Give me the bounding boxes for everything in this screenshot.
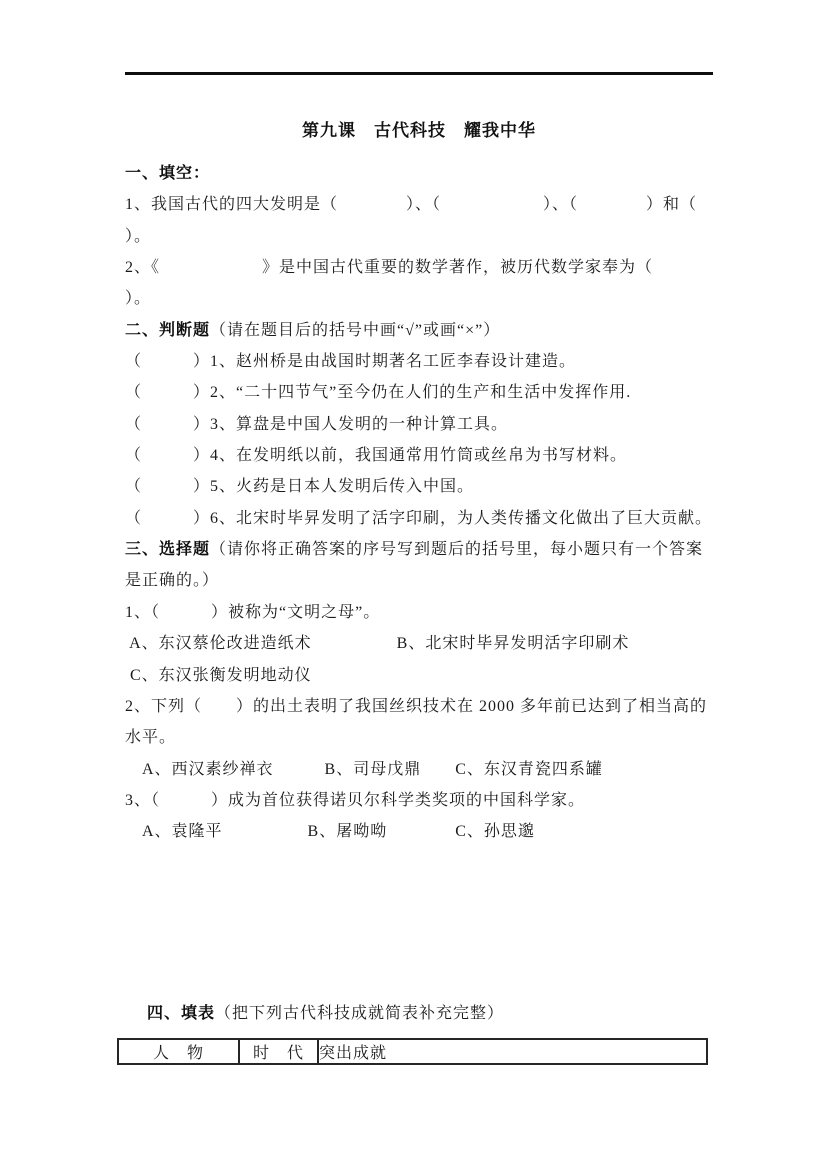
tf-item-1: （ ）1、赵州桥是由战国时期著名工匠李春设计建造。 — [125, 346, 713, 377]
section2-note: （请在题目后的括号中画“√”或画“×”） — [210, 322, 500, 339]
table-header-person: 人 物 — [118, 1039, 239, 1064]
fill-blank-q2-line2: ）。 — [125, 283, 713, 314]
mc-q3-stem: 3、（ ）成为首位获得诺贝尔科学类奖项的中国科学家。 — [125, 785, 713, 816]
section1-heading: 一、填空： — [125, 158, 713, 189]
mc-q2-stem-line1: 2、下列（ ）的出土表明了我国丝织技术在 2000 多年前已达到了相当高的 — [125, 691, 713, 722]
mc-q1-options-line1: A、东汉蔡伦改进造纸术 B、北宋时毕昇发明活字印刷术 — [125, 628, 713, 659]
section4-heading-line: 四、填表（把下列古代科技成就简表补充完整） — [125, 998, 713, 1029]
section2-heading: 二、判断题 — [125, 322, 210, 339]
mc-q2-stem-line2: 水平。 — [125, 722, 713, 753]
tf-item-5: （ ）5、火药是日本人发明后传入中国。 — [125, 471, 713, 502]
achievements-table: 人 物 时 代 突出成就 — [117, 1038, 708, 1065]
table-header-row: 人 物 时 代 突出成就 — [118, 1039, 707, 1064]
section4-note: （把下列古代科技成就简表补充完整） — [215, 1005, 504, 1022]
section3-note-line2: 是正确的。） — [125, 565, 713, 596]
mc-q1-options-line2: C、东汉张衡发明地动仪 — [125, 660, 713, 691]
fill-blank-q1-line2: ）。 — [125, 221, 713, 252]
section3-heading: 三、选择题 — [125, 541, 210, 558]
table-header-era: 时 代 — [239, 1039, 318, 1064]
fill-blank-q1-line1: 1、我国古代的四大发明是（ ）、（ ）、（ ）和（ — [125, 189, 713, 220]
document-title: 第九课 古代科技 耀我中华 — [125, 121, 713, 141]
tf-item-2: （ ）2、“二十四节气”至今仍在人们的生产和生活中发挥作用. — [125, 377, 713, 408]
section2-heading-line: 二、判断题（请在题目后的括号中画“√”或画“×”） — [125, 315, 713, 346]
document-body: 第九课 古代科技 耀我中华 一、填空： 1、我国古代的四大发明是（ ）、（ ）、… — [125, 113, 713, 1065]
worksheet-page: 第九课 古代科技 耀我中华 一、填空： 1、我国古代的四大发明是（ ）、（ ）、… — [0, 0, 826, 1169]
tf-item-4: （ ）4、在发明纸以前，我国通常用竹筒或丝帛为书写材料。 — [125, 440, 713, 471]
table-header-achievement: 突出成就 — [318, 1039, 707, 1064]
tf-item-3: （ ）3、算盘是中国人发明的一种计算工具。 — [125, 409, 713, 440]
header-rule — [125, 72, 713, 75]
mc-q1-stem: 1、（ ）被称为“文明之母”。 — [125, 597, 713, 628]
section3-note-line1: （请你将正确答案的序号写到题后的括号里，每小题只有一个答案 — [210, 541, 703, 558]
section4-heading: 四、填表 — [147, 1005, 215, 1022]
tf-item-6: （ ）6、北宋时毕昇发明了活字印刷，为人类传播文化做出了巨大贡献。 — [125, 503, 713, 534]
fill-blank-q2-line1: 2、《 》是中国古代重要的数学著作，被历代数学家奉为（ — [125, 252, 713, 283]
section3-heading-line: 三、选择题（请你将正确答案的序号写到题后的括号里，每小题只有一个答案 — [125, 534, 713, 565]
mc-q2-options: A、西汉素纱禅衣 B、司母戊鼎 C、东汉青瓷四系罐 — [125, 754, 713, 785]
mc-q3-options: A、袁隆平 B、屠呦呦 C、孙思邈 — [125, 816, 713, 847]
